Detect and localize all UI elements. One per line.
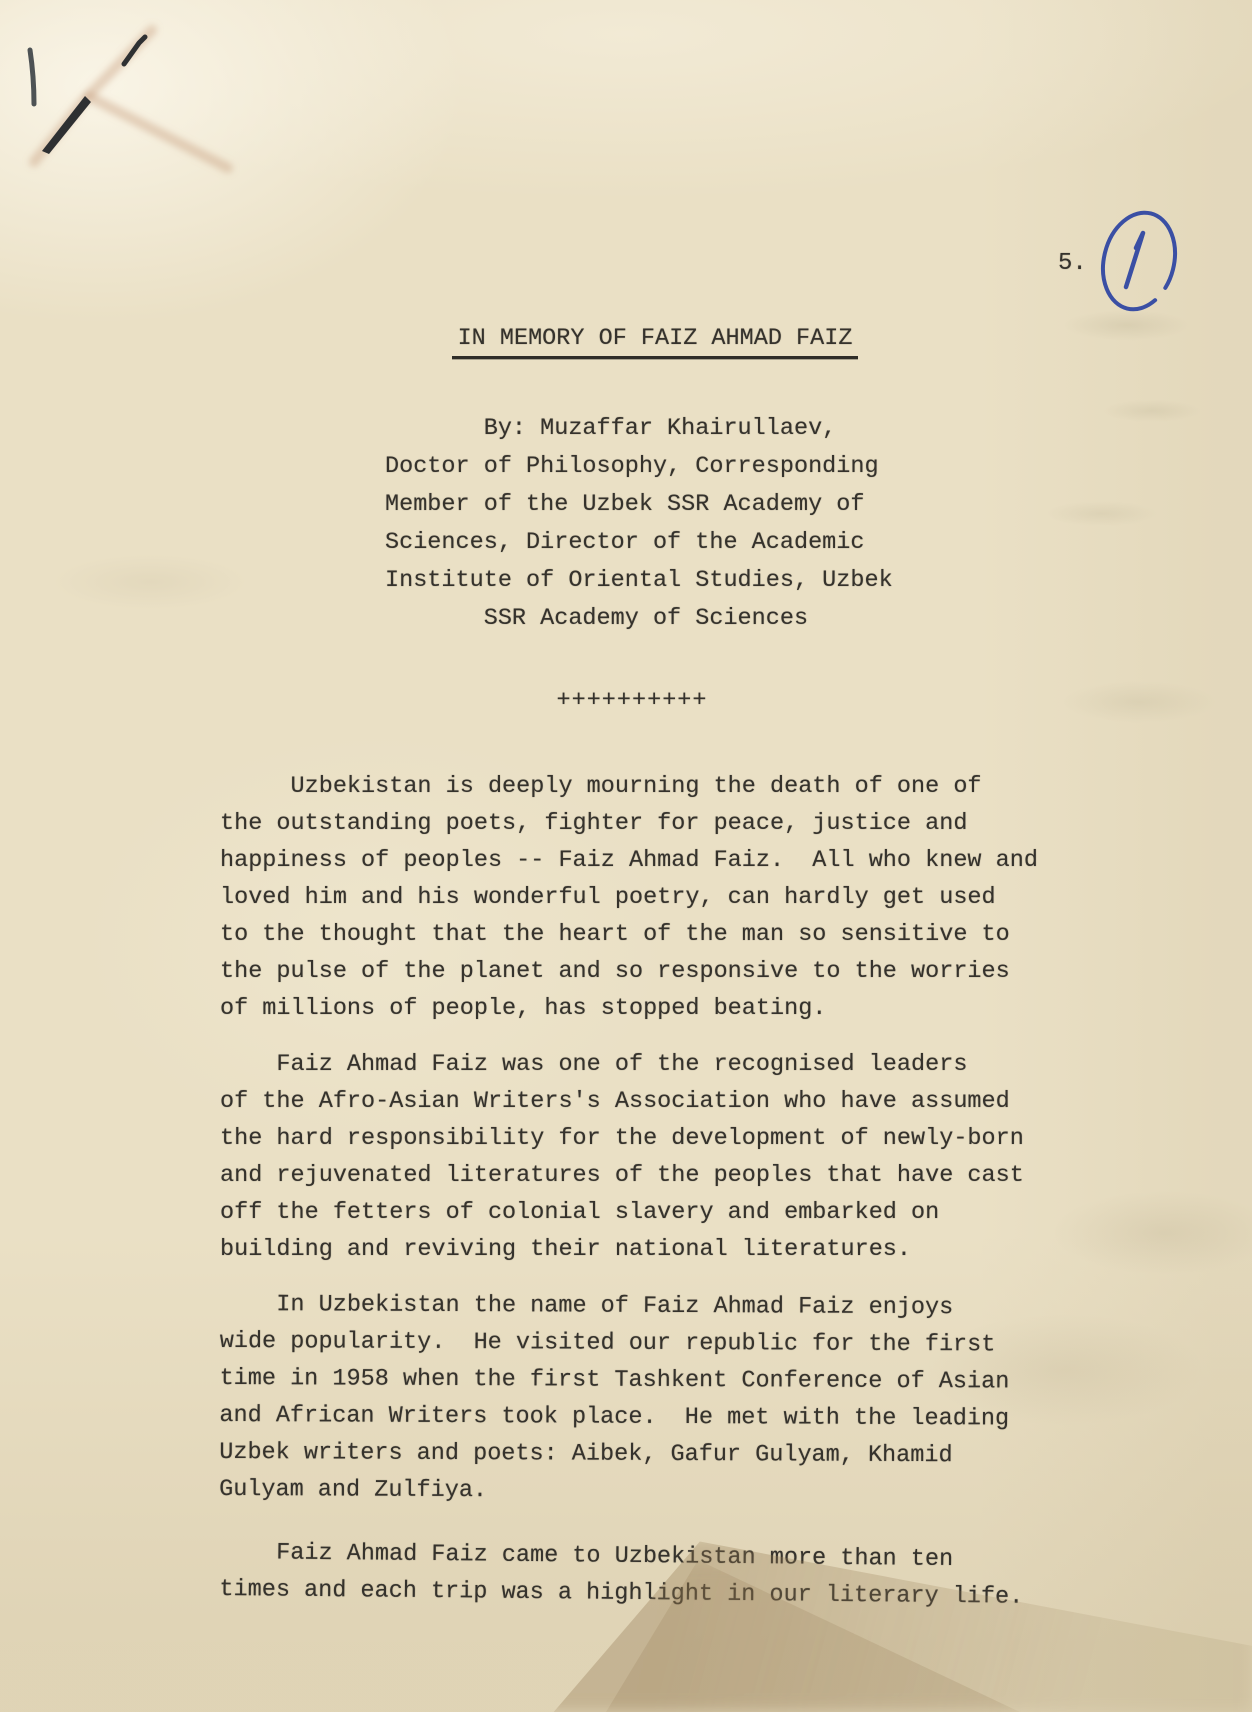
byline: By: Muzaffar Khairullaev, Doctor of Phil… — [385, 410, 1044, 638]
typed-text-area: IN MEMORY OF FAIZ AHMAD FAIZ By: Muzaffa… — [220, 320, 1044, 1608]
scanned-page: 5. IN MEMORY OF FAIZ AHMAD FAIZ By: Muza… — [0, 0, 1252, 1712]
paragraph-2: Faiz Ahmad Faiz was one of the recognise… — [220, 1046, 1044, 1268]
pen-circle — [1093, 205, 1185, 317]
ink-stroke-vertical — [30, 50, 34, 104]
document-title: IN MEMORY OF FAIZ AHMAD FAIZ — [452, 324, 859, 359]
title-row: IN MEMORY OF FAIZ AHMAD FAIZ — [243, 320, 1067, 356]
circled-page-number — [1093, 203, 1193, 321]
separator-plus-row: ++++++++++ — [220, 686, 1044, 716]
paragraph-1: Uzbekistan is deeply mourning the death … — [220, 768, 1044, 1027]
handwritten-one — [1126, 233, 1143, 287]
corner-pen-marks — [0, 0, 260, 220]
page-number: 5. — [1058, 250, 1087, 278]
paragraph-3: In Uzbekistan the name of Faiz Ahmad Fai… — [219, 1286, 1044, 1512]
ink-stroke-diagonal — [42, 96, 91, 154]
crease-line — [88, 96, 228, 168]
